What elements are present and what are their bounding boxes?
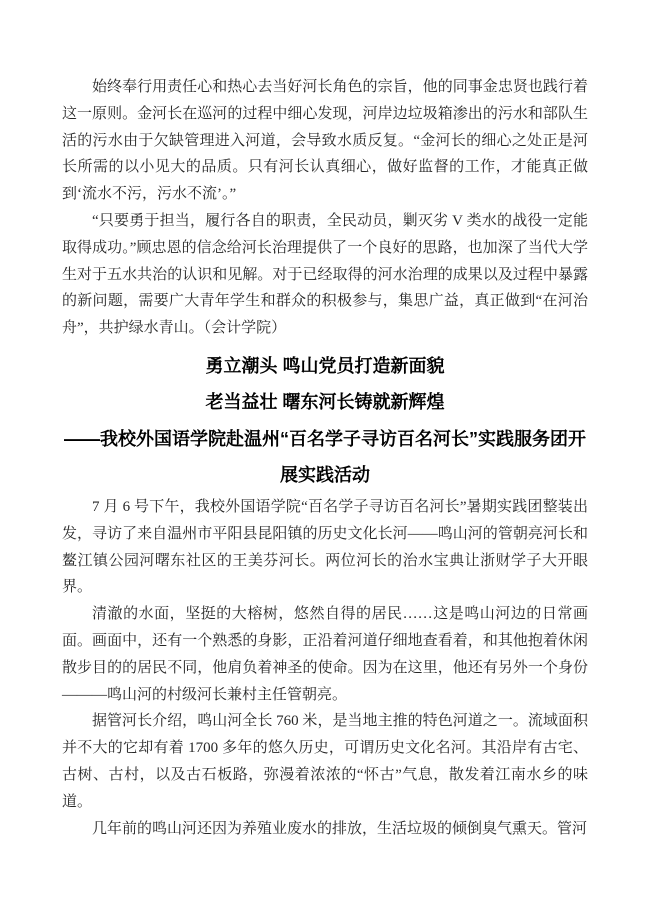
document-page: 始终奉行用责任心和热心去当好河长角色的宗旨，他的同事金忠贤也践行着这一原则。金河…: [0, 0, 650, 919]
body-paragraph-1: 始终奉行用责任心和热心去当好河长角色的宗旨，他的同事金忠贤也践行着这一原则。金河…: [62, 74, 588, 208]
article-title-line-1: 勇立潮头 鸣山党员打造新面貌: [62, 348, 588, 385]
body-paragraph-3: 7 月 6 号下午，我校外国语学院“百名学子寻访百名河长”暑期实践团整装出发，寻…: [62, 494, 588, 601]
body-paragraph-6-truncated: 几年前的鸣山河还因为养殖业废水的排放，生活垃圾的倾倒臭气熏天。管河: [62, 816, 588, 843]
body-paragraph-2: “只要勇于担当，履行各自的职责，全民动员，剿灭劣 V 类水的战役一定能取得成功。…: [62, 208, 588, 342]
article-title-line-2: 老当益壮 曙东河长铸就新辉煌: [62, 384, 588, 421]
document-content: 始终奉行用责任心和热心去当好河长角色的宗旨，他的同事金忠贤也践行着这一原则。金河…: [62, 74, 588, 842]
article-subtitle: ——我校外国语学院赴温州“百名学子寻访百名河长”实践服务团开展实践活动: [62, 421, 588, 494]
body-paragraph-4: 清澈的水面，坚挺的大榕树，悠然自得的居民……这是鸣山河边的日常画面。画面中，还有…: [62, 601, 588, 708]
body-paragraph-5: 据管河长介绍，鸣山河全长 760 米，是当地主推的特色河道之一。流域面积并不大的…: [62, 708, 588, 815]
article-title-block: 勇立潮头 鸣山党员打造新面貌 老当益壮 曙东河长铸就新辉煌 ——我校外国语学院赴…: [62, 342, 588, 494]
